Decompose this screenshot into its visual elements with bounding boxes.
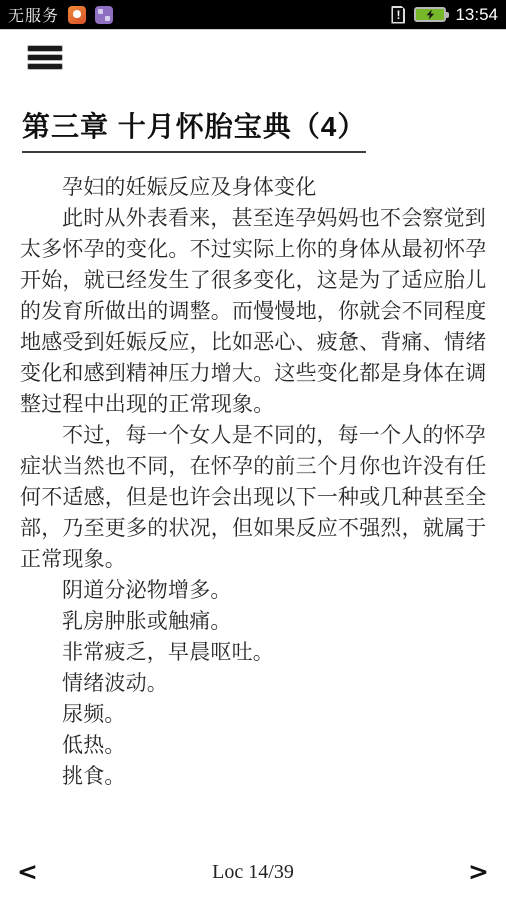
- text-line: 症状当然也不同，在怀孕的前三个月你也许没有任: [20, 451, 486, 482]
- hamburger-icon: [28, 55, 62, 60]
- text-line: 非常疲乏，早晨呕吐。: [20, 637, 486, 668]
- notification-purple-icon: [95, 6, 113, 24]
- page-location: Loc 14/39: [0, 861, 506, 884]
- text-line: 尿频。: [20, 699, 486, 730]
- text-line: 挑食。: [20, 761, 486, 792]
- no-sim-alert-icon: !: [391, 6, 405, 24]
- text-line: 此时从外表看来，甚至连孕妈妈也不会察觉到: [20, 203, 486, 234]
- hamburger-icon: [28, 64, 62, 69]
- status-bar: 无服务 ! 13:54: [0, 0, 506, 30]
- text-line: 变化和感到精神压力增大。这些变化都是身体在调: [20, 358, 486, 389]
- network-status-label: 无服务: [8, 3, 59, 26]
- text-line: 部，乃至更多的状况，但如果反应不强烈，就属于: [20, 513, 486, 544]
- battery-nub: [446, 12, 449, 18]
- purple-glyph-a: [98, 9, 103, 14]
- title-row: 第三章 十月怀胎宝典（4）: [22, 109, 484, 153]
- battery-charging-icon: [414, 7, 446, 22]
- menu-button[interactable]: [28, 46, 62, 69]
- text-line: 情绪波动。: [20, 668, 486, 699]
- notification-orange-icon: [68, 6, 86, 24]
- purple-glyph-b: [105, 16, 110, 21]
- hamburger-icon: [28, 46, 62, 51]
- text-line: 整过程中出现的正常现象。: [20, 389, 486, 420]
- text-line: 太多怀孕的变化。不过实际上你的身体从最初怀孕: [20, 234, 486, 265]
- text-line: 何不适感，但是也许会出现以下一种或几种甚至全: [20, 482, 486, 513]
- text-line: 阴道分泌物增多。: [20, 575, 486, 606]
- page-footer: < Loc 14/39 >: [0, 854, 506, 900]
- bell-glyph: [73, 10, 81, 18]
- charging-bolt-glyph: [425, 10, 436, 20]
- chapter-title: 第三章 十月怀胎宝典（4）: [22, 109, 366, 153]
- text-line: 不过，每一个女人是不同的，每一个人的怀孕: [20, 420, 486, 451]
- text-line: 正常现象。: [20, 544, 486, 575]
- clock: 13:54: [455, 5, 498, 25]
- next-page-button[interactable]: >: [468, 858, 489, 886]
- reading-area[interactable]: 孕妇的妊娠反应及身体变化 此时从外表看来，甚至连孕妈妈也不会察觉到 太多怀孕的变…: [0, 172, 506, 792]
- text-line: 开始，就已经发生了很多变化，这是为了适应胎儿: [20, 265, 486, 296]
- text-line: 地感受到妊娠反应，比如恶心、疲惫、背痛、情绪: [20, 327, 486, 358]
- text-line: 的发育所做出的调整。而慢慢地，你就会不同程度: [20, 296, 486, 327]
- text-line: 孕妇的妊娠反应及身体变化: [20, 172, 486, 203]
- text-line: 乳房肿胀或触痛。: [20, 606, 486, 637]
- text-line: 低热。: [20, 730, 486, 761]
